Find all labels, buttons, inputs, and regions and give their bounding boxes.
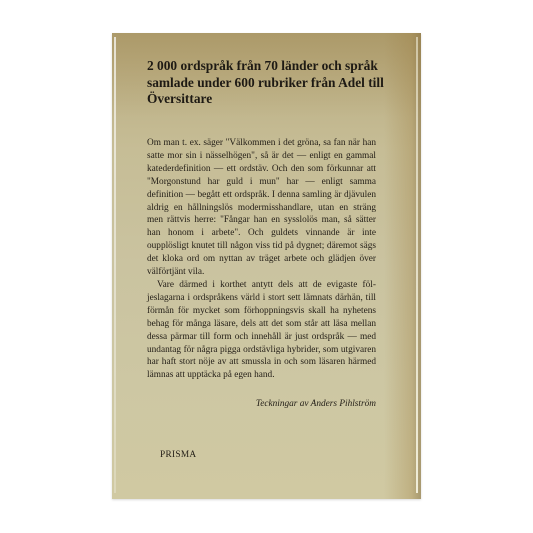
cover-headline: 2 000 ordspråk från 70 länder och språk … bbox=[147, 58, 387, 108]
blurb-paragraph-1: Om man t. ex. säger "Välkommen i det grö… bbox=[147, 137, 376, 279]
photo-background: 2 000 ordspråk från 70 länder och språk … bbox=[0, 0, 533, 533]
blurb-paragraph-2: Vare därmed i korthet antytt dels att de… bbox=[147, 279, 376, 382]
book-back-cover: 2 000 ordspråk från 70 länder och språk … bbox=[112, 33, 421, 499]
illustration-credit: Teckningar av Anders Pihlström bbox=[147, 399, 376, 409]
cover-blurb: Om man t. ex. säger "Välkommen i det grö… bbox=[147, 137, 376, 382]
publisher-name: PRISMA bbox=[160, 450, 196, 460]
